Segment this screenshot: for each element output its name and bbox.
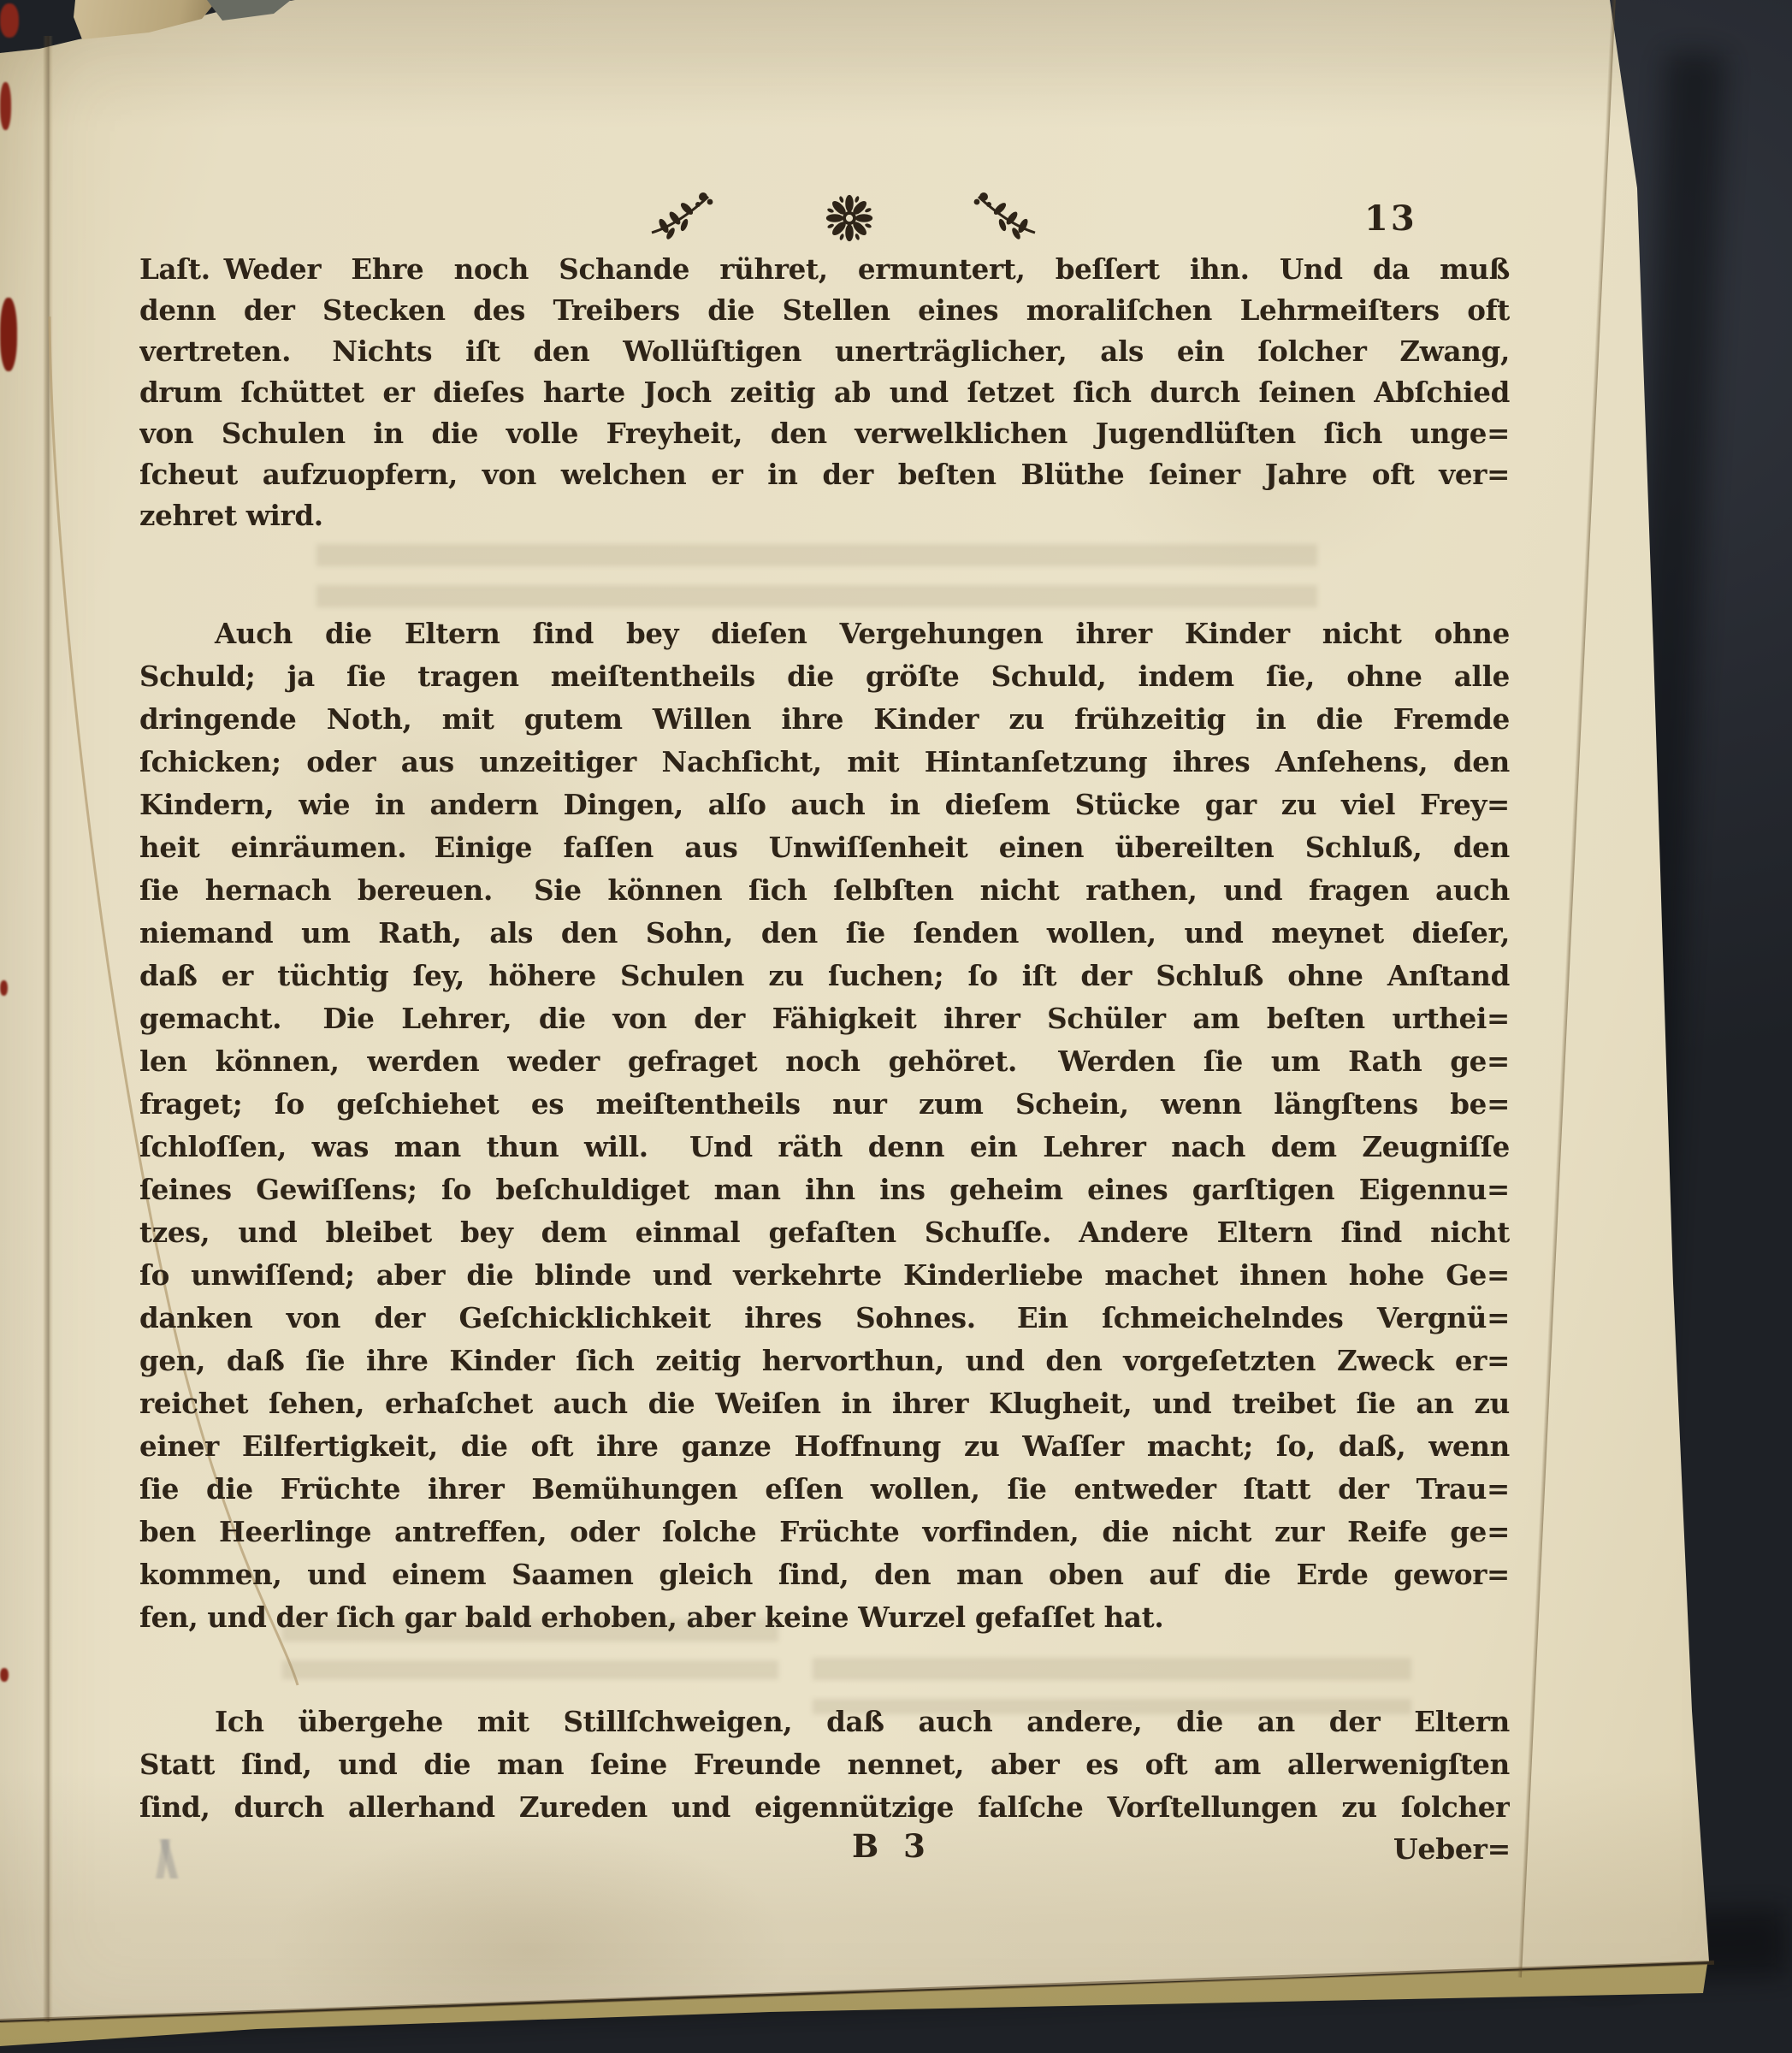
binding-red-mark: [0, 82, 11, 130]
text-line: Statt ſind, und die man ſeine Freunde ne…: [139, 1743, 1510, 1786]
page-number: 13: [1364, 198, 1458, 239]
text-line: ſo unwiſſend; aber die blinde und verkeh…: [139, 1254, 1510, 1297]
text-line: Auch die Eltern ſind bey dieſen Vergehun…: [139, 612, 1510, 655]
catchword: Ueber=: [1180, 1832, 1511, 1866]
pencil-mark: [125, 1839, 214, 1878]
text-line: ben Heerlinge antreffen, oder ſolche Frü…: [139, 1511, 1510, 1553]
text-line: tzes, und bleibet bey dem einmal gefaſte…: [139, 1211, 1510, 1254]
signature-mark: B 3: [852, 1827, 926, 1865]
text-line: fen, und der ſich gar bald erhoben, aber…: [139, 1596, 1510, 1639]
text-line: einer Eilfertigkeit, die oft ihre ganze …: [139, 1425, 1510, 1468]
text-line: vertreten. Nichts iſt den Wollüſtigen un…: [139, 331, 1510, 372]
text-line: len können, werden weder gefraget noch g…: [139, 1040, 1510, 1083]
text-line: Ich übergehe mit Stillſchweigen, daß auc…: [139, 1701, 1510, 1743]
binding-red-mark: [0, 1668, 9, 1682]
text-line: heit einräumen. Einige faſſen aus Unwiſſ…: [139, 826, 1510, 869]
text-line: daß er tüchtig ſey, höhere Schulen zu ſu…: [139, 955, 1510, 997]
text-line: ſchicken; oder aus unzeitiger Nachſicht,…: [139, 741, 1510, 784]
text-line: denn der Stecken des Treibers die Stelle…: [139, 290, 1510, 331]
text-line: Laſt. Weder Ehre noch Schande rühret, er…: [139, 249, 1510, 290]
text-line: ſie hernach bereuen. Sie können ſich ſel…: [139, 869, 1510, 912]
text-line: drum ſchüttet er dieſes harte Joch zeiti…: [139, 372, 1510, 413]
text-line: von Schulen in die volle Freyheit, den v…: [139, 413, 1510, 454]
binding-red-mark: [0, 980, 8, 996]
text-line: niemand um Rath, als den Sohn, den ſie ſ…: [139, 912, 1510, 955]
floral-sprig-right-icon: [972, 188, 1040, 243]
text-line: dringende Noth, mit gutem Willen ihre Ki…: [139, 698, 1510, 741]
text-line: ſcheut aufzuopfern, von welchen er in de…: [139, 454, 1510, 495]
text-line: kommen, und einem Saamen gleich ſind, de…: [139, 1553, 1510, 1596]
text-line: gemacht. Die Lehrer, die von der Fähigke…: [139, 997, 1510, 1040]
gutter-crease: [43, 36, 53, 2022]
paragraph-3: Ich übergehe mit Stillſchweigen, daß auc…: [139, 1701, 1510, 1829]
ink-showthrough: [316, 544, 1317, 611]
floral-sprig-left-icon: [647, 188, 715, 243]
binding-red-mark: [0, 3, 19, 38]
text-line: danken von der Geſchicklichkeit ihres So…: [139, 1297, 1510, 1340]
text-line: Kindern, wie in andern Dingen, alſo auch…: [139, 784, 1510, 826]
paragraph-1: Laſt. Weder Ehre noch Schande rühret, er…: [139, 249, 1510, 536]
text-line: ſchloſſen, was man thun will. Und räth d…: [139, 1126, 1510, 1168]
text-line: reichet ſehen, erhaſchet auch die Weiſen…: [139, 1382, 1510, 1425]
text-line: ſind, durch allerhand Zureden und eigenn…: [139, 1786, 1510, 1829]
text-line: gen, daß ſie ihre Kinder ſich zeitig her…: [139, 1340, 1510, 1382]
binding-red-mark: [0, 298, 17, 371]
text-line: ſie die Früchte ihrer Bemühungen eſſen w…: [139, 1468, 1510, 1511]
text-line: Schuld; ja ſie tragen meiſtentheils die …: [139, 655, 1510, 698]
text-line: ſeines Gewiſſens; ſo beſchuldiget man ih…: [139, 1168, 1510, 1211]
paragraph-2: Auch die Eltern ſind bey dieſen Vergehun…: [139, 612, 1510, 1639]
text-line: fraget; ſo geſchiehet es meiſtentheils n…: [139, 1083, 1510, 1126]
rosette-icon: [823, 193, 876, 243]
text-line: zehret wird.: [139, 495, 1510, 536]
